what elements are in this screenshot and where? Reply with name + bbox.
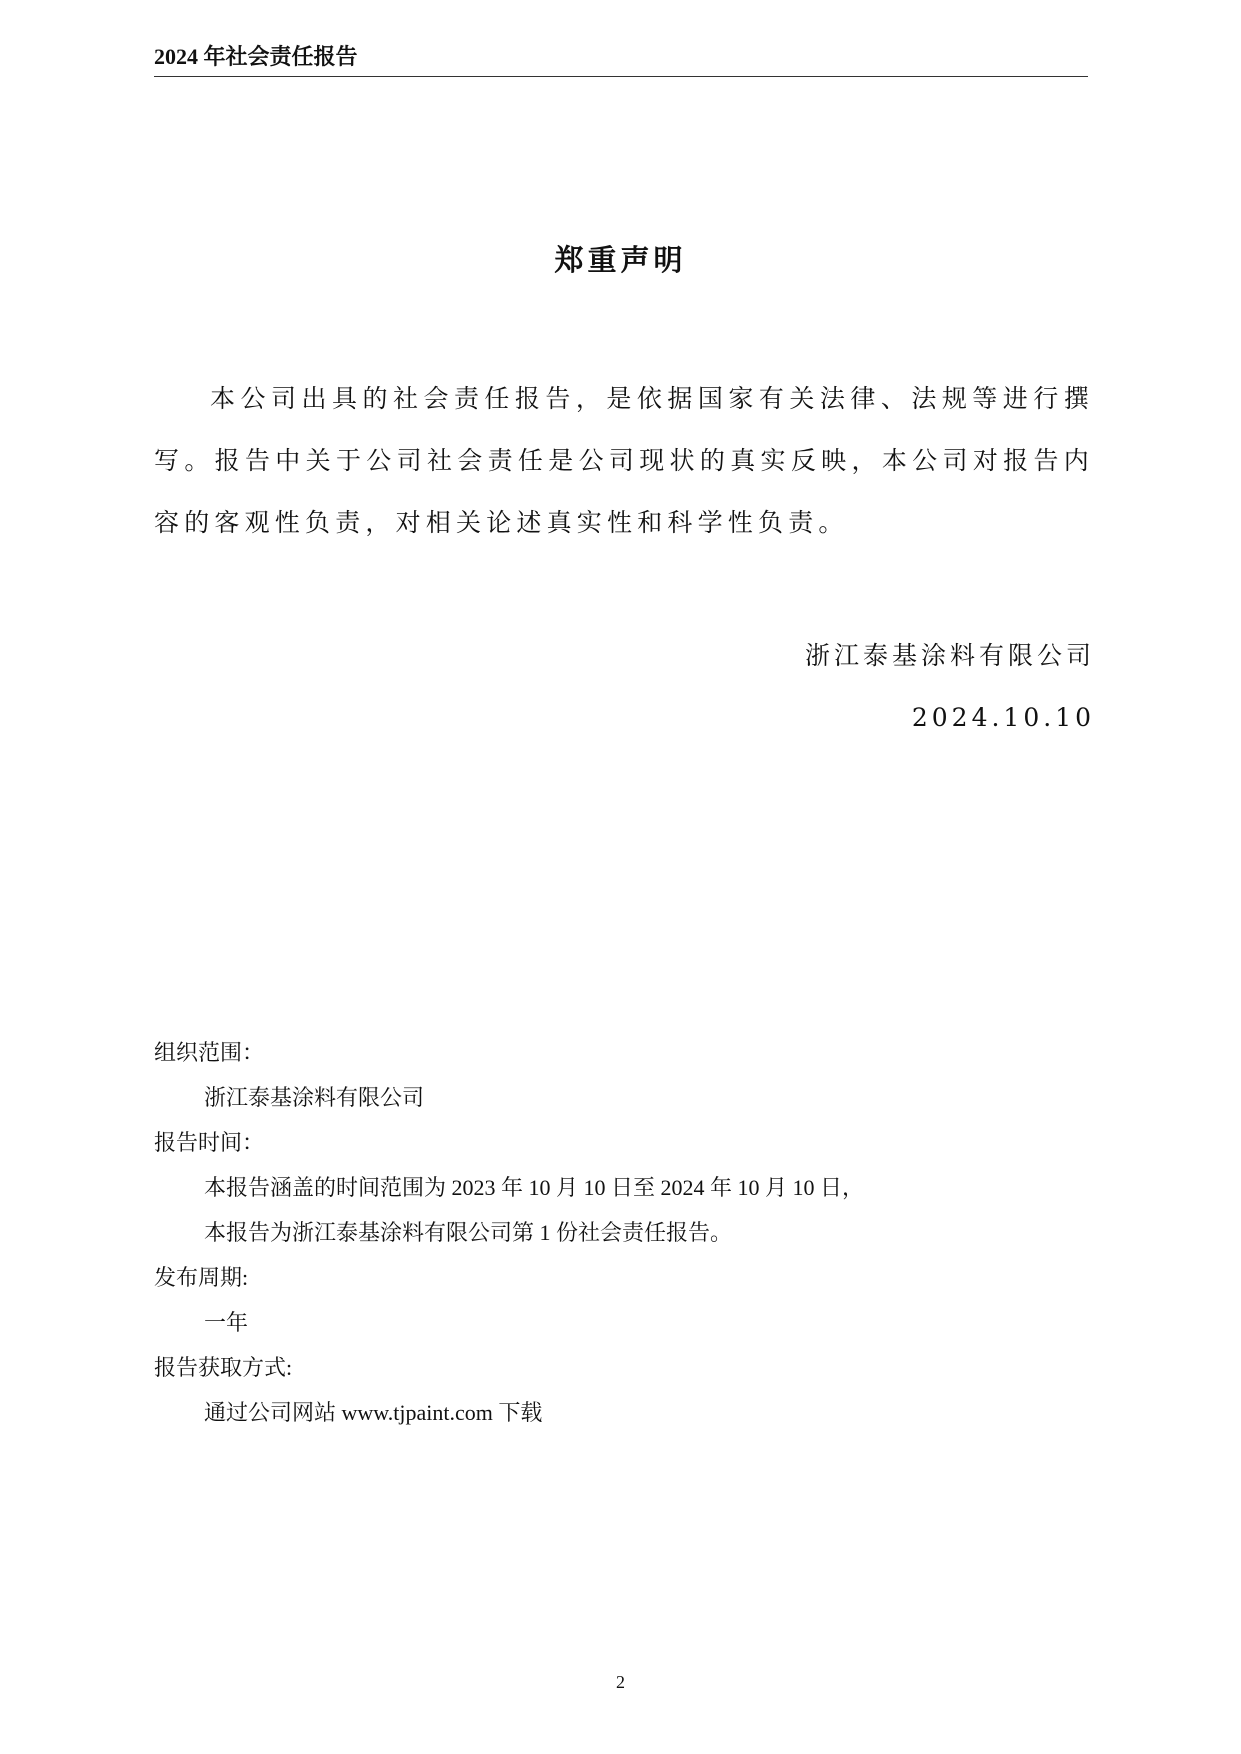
signature-date: 2024.10.10 bbox=[805, 687, 1095, 749]
statement-body: 本公司出具的社会责任报告，是依据国家有关法律、法规等进行撰写。报告中关于公司社会… bbox=[154, 368, 1094, 554]
period-value: 本报告涵盖的时间范围为 2023 年 10 月 10 日至 2024 年 10 … bbox=[154, 1165, 1054, 1210]
page-title: 郑重声明 bbox=[0, 238, 1241, 279]
access-label: 报告获取方式: bbox=[154, 1345, 1054, 1390]
cycle-label: 发布周期: bbox=[154, 1255, 1054, 1300]
period-label: 报告时间： bbox=[154, 1120, 1054, 1165]
signature-block: 浙江泰基涂料有限公司 2024.10.10 bbox=[805, 625, 1095, 749]
scope-value: 浙江泰基涂料有限公司 bbox=[154, 1075, 1054, 1120]
statement-paragraph: 本公司出具的社会责任报告，是依据国家有关法律、法规等进行撰写。报告中关于公司社会… bbox=[154, 368, 1094, 554]
report-info: 组织范围： 浙江泰基涂料有限公司 报告时间： 本报告涵盖的时间范围为 2023 … bbox=[154, 1030, 1054, 1435]
signature-company: 浙江泰基涂料有限公司 bbox=[805, 625, 1095, 687]
running-header: 2024 年社会责任报告 bbox=[154, 42, 1088, 77]
report-sequence: 本报告为浙江泰基涂料有限公司第 1 份社会责任报告。 bbox=[154, 1210, 1054, 1255]
scope-label: 组织范围： bbox=[154, 1030, 1054, 1075]
page-number: 2 bbox=[0, 1672, 1241, 1693]
cycle-value: 一年 bbox=[154, 1300, 1054, 1345]
access-value: 通过公司网站 www.tjpaint.com 下载 bbox=[154, 1390, 1054, 1435]
